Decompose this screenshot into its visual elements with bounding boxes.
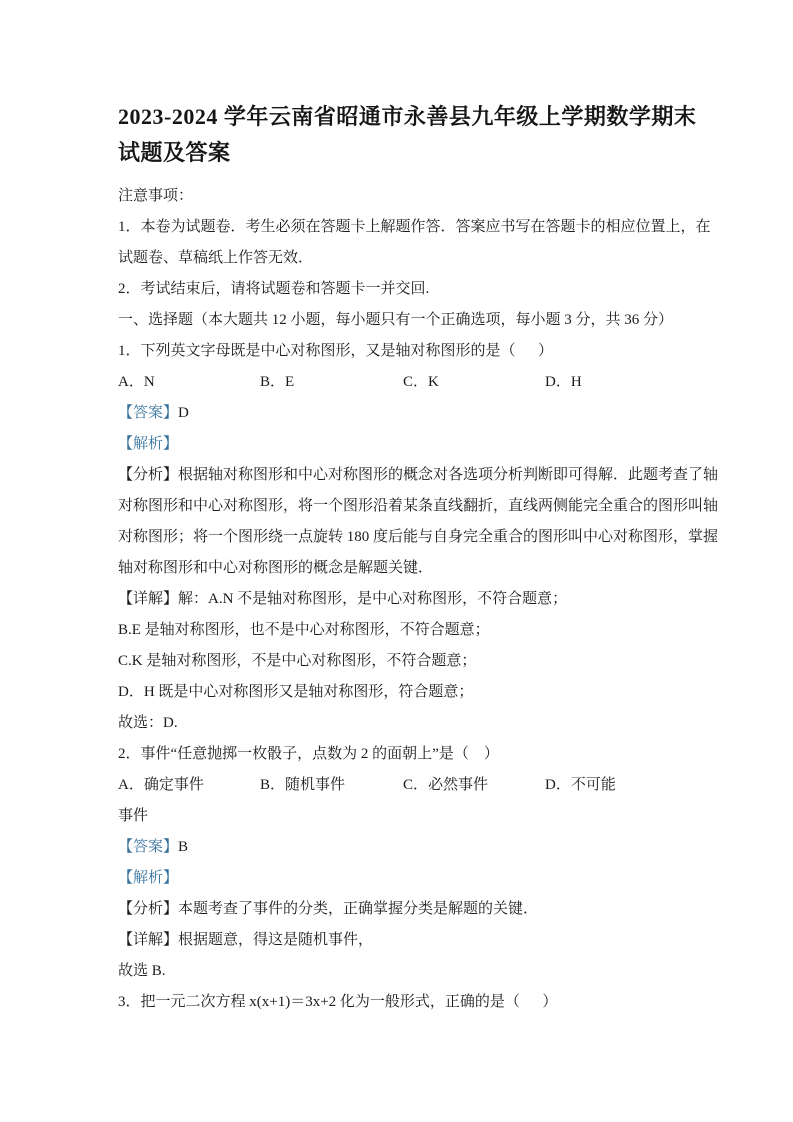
document-title: 2023-2024 学年云南省昭通市永善县九年级上学期数学期末 试题及答案: [118, 0, 680, 171]
document-content: 2023-2024 学年云南省昭通市永善县九年级上学期数学期末 试题及答案 注意…: [118, 0, 680, 1018]
q1-options-row: A．N B．E C．K D．H: [118, 367, 680, 398]
notice-line-2: 试题卷、草稿纸上作答无效．: [118, 243, 680, 274]
q1-option-d: D．H: [545, 367, 582, 398]
q1-conclusion: 故选：D.: [118, 708, 680, 739]
q1-option-a: A．N: [118, 367, 155, 398]
document-body: 注意事项： 1．本卷为试题卷．考生必须在答题卡上解题作答．答案应书写在答题卡的相…: [118, 181, 680, 1018]
q2-options-row: A．确定事件 B．随机事件 C．必然事件 D．不可能: [118, 770, 680, 801]
notice-heading: 注意事项：: [118, 181, 680, 212]
q1-option-c: C．K: [403, 367, 439, 398]
q2-conclusion: 故选 B.: [118, 956, 680, 987]
q2-answer-line: 【答案】B: [118, 832, 680, 863]
q2-analysis-heading: 【解析】: [118, 863, 680, 894]
q1-analysis-line-4: 轴对称图形和中心对称图形的概念是解题关键．: [118, 553, 680, 584]
section-heading: 一、选择题（本大题共 12 小题，每小题只有一个正确选项，每小题 3 分，共 3…: [118, 305, 680, 336]
q1-detail-line-4: D．H 既是中心对称图形又是轴对称图形，符合题意；: [118, 677, 680, 708]
q1-analysis-label: 【解析】: [118, 436, 178, 452]
q2-answer-value: B: [178, 839, 188, 855]
title-line-2: 试题及答案: [118, 135, 680, 171]
q1-detail-line-2: B.E 是轴对称图形，也不是中心对称图形，不符合题意；: [118, 615, 680, 646]
q1-answer-line: 【答案】D: [118, 398, 680, 429]
q2-analysis-line: 【分析】本题考查了事件的分类，正确掌握分类是解题的关键．: [118, 894, 680, 925]
q2-stem: 2．事件“任意抛掷一枚骰子，点数为 2 的面朝上”是（ ）: [118, 739, 680, 770]
exam-document-page: 2023-2024 学年云南省昭通市永善县九年级上学期数学期末 试题及答案 注意…: [0, 0, 793, 1122]
q2-option-b: B．随机事件: [260, 770, 345, 801]
q1-stem: 1．下列英文字母既是中心对称图形，又是轴对称图形的是（ ）: [118, 336, 680, 367]
q2-answer-label: 【答案】: [118, 839, 178, 855]
q1-answer-value: D: [178, 405, 189, 421]
q1-option-b: B．E: [260, 367, 294, 398]
q1-analysis-line-1: 【分析】根据轴对称图形和中心对称图形的概念对各选项分析判断即可得解．此题考查了轴: [118, 460, 680, 491]
title-line-1: 2023-2024 学年云南省昭通市永善县九年级上学期数学期末: [118, 99, 680, 135]
notice-line-3: 2．考试结束后，请将试题卷和答题卡一并交回.: [118, 274, 680, 305]
q1-answer-label: 【答案】: [118, 405, 178, 421]
q1-analysis-heading: 【解析】: [118, 429, 680, 460]
q2-option-d: D．不可能: [545, 770, 616, 801]
q2-option-d-continuation: 事件: [118, 801, 680, 832]
q1-analysis-line-3: 对称图形；将一个图形绕一点旋转 180 度后能与自身完全重合的图形叫中心对称图形…: [118, 522, 680, 553]
q2-detail-line: 【详解】根据题意，得这是随机事件，: [118, 925, 680, 956]
q3-stem: 3．把一元二次方程 x(x+1)＝3x+2 化为一般形式，正确的是（ ）: [118, 987, 680, 1018]
q1-detail-line-1: 【详解】解：A.N 不是轴对称图形，是中心对称图形，不符合题意；: [118, 584, 680, 615]
q1-detail-line-3: C.K 是轴对称图形，不是中心对称图形，不符合题意；: [118, 646, 680, 677]
q2-option-c: C．必然事件: [403, 770, 488, 801]
notice-line-1: 1．本卷为试题卷．考生必须在答题卡上解题作答．答案应书写在答题卡的相应位置上，在: [118, 212, 680, 243]
q1-analysis-line-2: 对称图形和中心对称图形，将一个图形沿着某条直线翻折，直线两侧能完全重合的图形叫轴: [118, 491, 680, 522]
q2-option-a: A．确定事件: [118, 770, 204, 801]
q2-analysis-label: 【解析】: [118, 870, 178, 886]
